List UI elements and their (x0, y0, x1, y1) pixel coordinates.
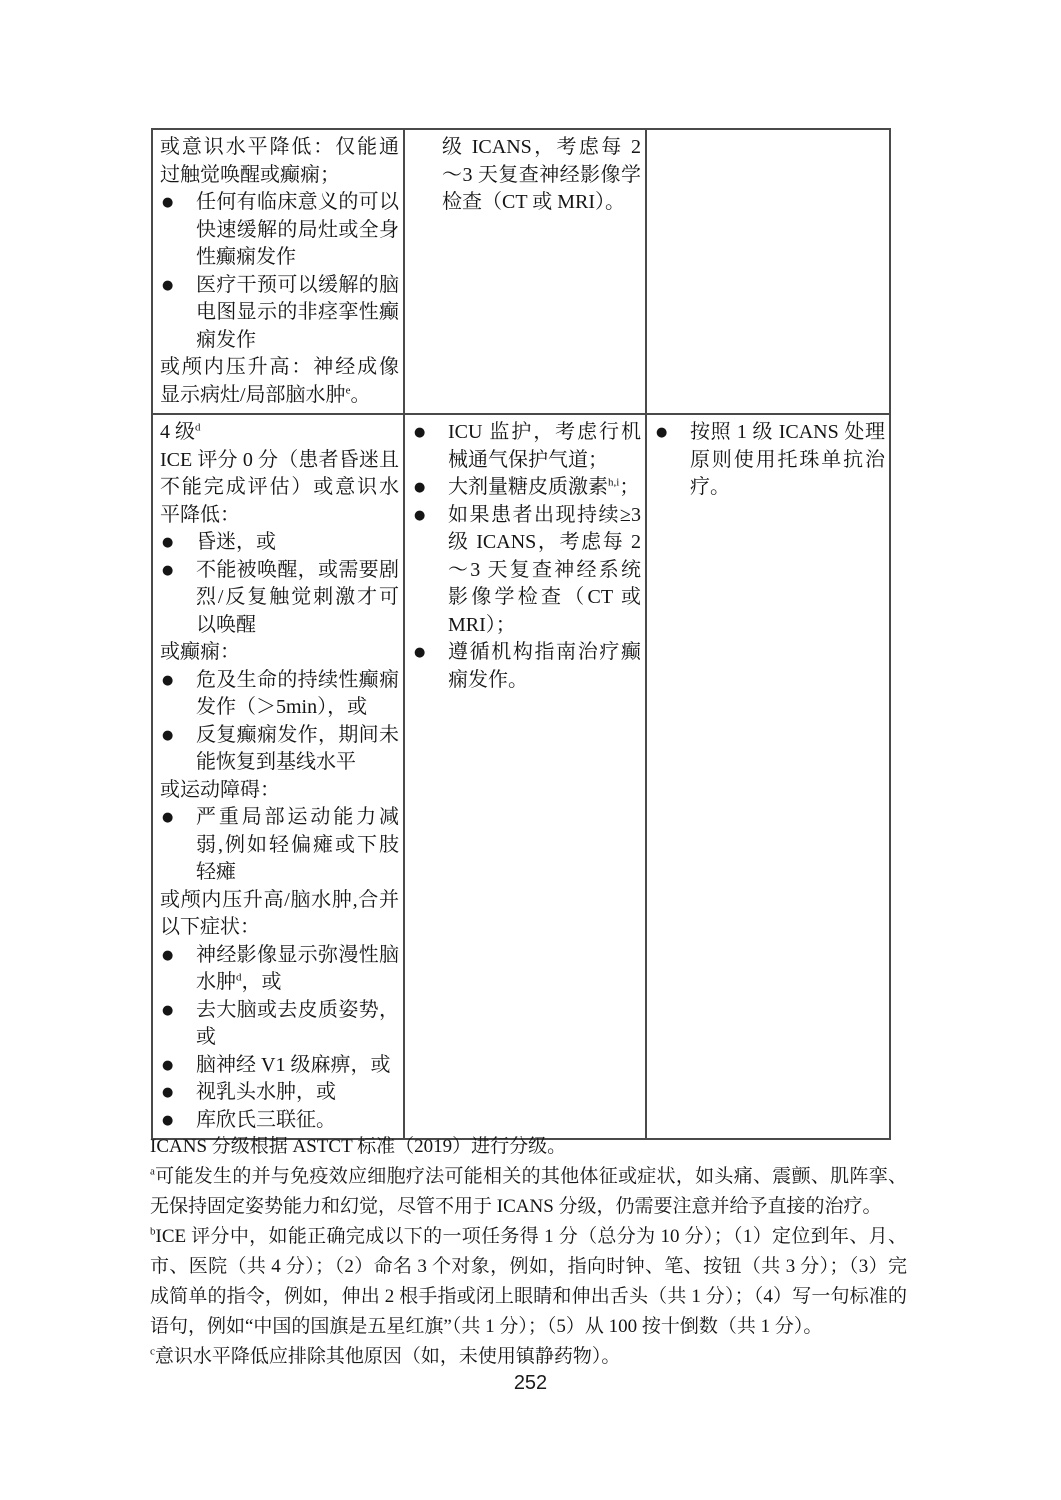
footnote: bICE 评分中，如能正确完成以下的一项任务得 1 分（总分为 10 分）；（1… (150, 1222, 907, 1342)
table-cell: ●ICU 监护，考虑行机械通气保护气道；●大剂量糖皮质激素h,i；●如果患者出现… (404, 414, 646, 1139)
bullet-text: 昏迷，或 (196, 529, 399, 557)
bullet-item: ●ICU 监护，考虑行机械通气保护气道； (412, 419, 641, 474)
bullet-icon: ● (160, 529, 196, 557)
superscript-marker: d (195, 421, 201, 433)
bullet-text: 脑神经 V1 级麻痹，或 (196, 1052, 399, 1080)
bullet-text: 医疗干预可以缓解的脑电图显示的非痉挛性癫痫发作 (196, 272, 399, 355)
bullet-text: 任何有临床意义的可以快速缓解的局灶或全身性癫痫发作 (196, 189, 399, 272)
bullet-icon: ● (160, 1079, 196, 1107)
bullet-icon: ● (160, 272, 196, 355)
bullet-item: ●危及生命的持续性癫痫发作（＞5min），或 (160, 667, 399, 722)
bullet-item: ●遵循机构指南治疗癫痫发作。 (412, 639, 641, 694)
table-cell: 或意识水平降低：仅能通过触觉唤醒或癫痫；●任何有临床意义的可以快速缓解的局灶或全… (152, 129, 404, 414)
bullet-text: 危及生命的持续性癫痫发作（＞5min），或 (196, 667, 399, 722)
bullet-item: ●去大脑或去皮质姿势，或 (160, 997, 399, 1052)
table-body: 或意识水平降低：仅能通过触觉唤醒或癫痫；●任何有临床意义的可以快速缓解的局灶或全… (152, 129, 890, 1139)
continuation-text: 级 ICANS，考虑每 2～3 天复查神经影像学检查（CT 或 MRI）。 (412, 134, 641, 217)
bullet-icon: ● (160, 1052, 196, 1080)
bullet-item: ●任何有临床意义的可以快速缓解的局灶或全身性癫痫发作 (160, 189, 399, 272)
bullet-item: ●医疗干预可以缓解的脑电图显示的非痉挛性癫痫发作 (160, 272, 399, 355)
superscript-marker: a (150, 1166, 155, 1178)
bullet-text: 大剂量糖皮质激素h,i； (448, 474, 641, 502)
table-row: 或意识水平降低：仅能通过触觉唤醒或癫痫；●任何有临床意义的可以快速缓解的局灶或全… (152, 129, 890, 414)
bullet-item: ●大剂量糖皮质激素h,i； (412, 474, 641, 502)
footnotes-section: ICANS 分级根据 ASTCT 标准（2019）进行分级。a可能发生的并与免疫… (150, 1132, 907, 1372)
icans-grading-table: 或意识水平降低：仅能通过触觉唤醒或癫痫；●任何有临床意义的可以快速缓解的局灶或全… (151, 128, 891, 1140)
bullet-item: ●昏迷，或 (160, 529, 399, 557)
bullet-icon: ● (160, 1107, 196, 1135)
table-row: 4 级dICE 评分 0 分（患者昏迷且不能完成评估）或意识水平降低：●昏迷，或… (152, 414, 890, 1139)
bullet-icon: ● (160, 189, 196, 272)
superscript-marker: c (150, 1346, 155, 1358)
paragraph-text: 或癫痫： (160, 639, 399, 667)
bullet-item: ●如果患者出现持续≥3 级 ICANS，考虑每 2～3 天复查神经系统影像学检查… (412, 502, 641, 640)
bullet-item: ●神经影像显示弥漫性脑水肿d，或 (160, 942, 399, 997)
bullet-text: 反复癫痫发作，期间未能恢复到基线水平 (196, 722, 399, 777)
document-page: 或意识水平降低：仅能通过触觉唤醒或癫痫；●任何有临床意义的可以快速缓解的局灶或全… (0, 0, 1061, 1500)
superscript-marker: d (236, 971, 242, 983)
bullet-icon: ● (160, 722, 196, 777)
bullet-icon: ● (412, 474, 448, 502)
bullet-item: ●视乳头水肿，或 (160, 1079, 399, 1107)
bullet-text: 去大脑或去皮质姿势，或 (196, 997, 399, 1052)
paragraph-text: ICE 评分 0 分（患者昏迷且不能完成评估）或意识水平降低： (160, 447, 399, 530)
bullet-icon: ● (412, 639, 448, 694)
bullet-icon: ● (160, 942, 196, 997)
bullet-item: ●库欣氏三联征。 (160, 1107, 399, 1135)
superscript-marker: h,i (608, 476, 619, 488)
bullet-icon: ● (654, 419, 690, 502)
table-cell: ●按照 1 级 ICANS 处理原则使用托珠单抗治疗。 (646, 414, 890, 1139)
table-cell: 级 ICANS，考虑每 2～3 天复查神经影像学检查（CT 或 MRI）。 (404, 129, 646, 414)
bullet-text: 不能被唤醒，或需要剧烈/反复触觉刺激才可以唤醒 (196, 557, 399, 640)
bullet-text: 严重局部运动能力减弱,例如轻偏瘫或下肢轻瘫 (196, 804, 399, 887)
bullet-item: ●脑神经 V1 级麻痹，或 (160, 1052, 399, 1080)
page-number: 252 (0, 1372, 1061, 1395)
paragraph-text: 或颅内压升高/脑水肿,合并以下症状： (160, 887, 399, 942)
bullet-text: ICU 监护，考虑行机械通气保护气道； (448, 419, 641, 474)
bullet-item: ●按照 1 级 ICANS 处理原则使用托珠单抗治疗。 (654, 419, 885, 502)
bullet-icon: ● (160, 804, 196, 887)
bullet-icon: ● (160, 557, 196, 640)
footnote: a可能发生的并与免疫效应细胞疗法可能相关的其他体征或症状，如头痛、震颤、肌阵挛、… (150, 1162, 907, 1222)
bullet-text: 如果患者出现持续≥3 级 ICANS，考虑每 2～3 天复查神经系统影像学检查（… (448, 502, 641, 640)
bullet-icon: ● (412, 502, 448, 640)
bullet-icon: ● (412, 419, 448, 474)
paragraph-text: 或意识水平降低：仅能通过触觉唤醒或癫痫； (160, 134, 399, 189)
bullet-item: ●严重局部运动能力减弱,例如轻偏瘫或下肢轻瘫 (160, 804, 399, 887)
bullet-icon: ● (160, 997, 196, 1052)
superscript-marker: b (150, 1226, 156, 1238)
footnote: c意识水平降低应排除其他原因（如，未使用镇静药物）。 (150, 1342, 907, 1372)
paragraph-text: 4 级d (160, 419, 399, 447)
bullet-text: 库欣氏三联征。 (196, 1107, 399, 1135)
bullet-icon: ● (160, 667, 196, 722)
table-cell (646, 129, 890, 414)
bullet-text: 按照 1 级 ICANS 处理原则使用托珠单抗治疗。 (690, 419, 885, 502)
bullet-text: 视乳头水肿，或 (196, 1079, 399, 1107)
footnote: ICANS 分级根据 ASTCT 标准（2019）进行分级。 (150, 1132, 907, 1162)
table-cell: 4 级dICE 评分 0 分（患者昏迷且不能完成评估）或意识水平降低：●昏迷，或… (152, 414, 404, 1139)
bullet-item: ●反复癫痫发作，期间未能恢复到基线水平 (160, 722, 399, 777)
bullet-text: 遵循机构指南治疗癫痫发作。 (448, 639, 641, 694)
bullet-item: ●不能被唤醒，或需要剧烈/反复触觉刺激才可以唤醒 (160, 557, 399, 640)
paragraph-text: 或颅内压升高：神经成像显示病灶/局部脑水肿e。 (160, 354, 399, 409)
superscript-marker: e (346, 384, 351, 396)
paragraph-text: 或运动障碍： (160, 777, 399, 805)
bullet-text: 神经影像显示弥漫性脑水肿d，或 (196, 942, 399, 997)
